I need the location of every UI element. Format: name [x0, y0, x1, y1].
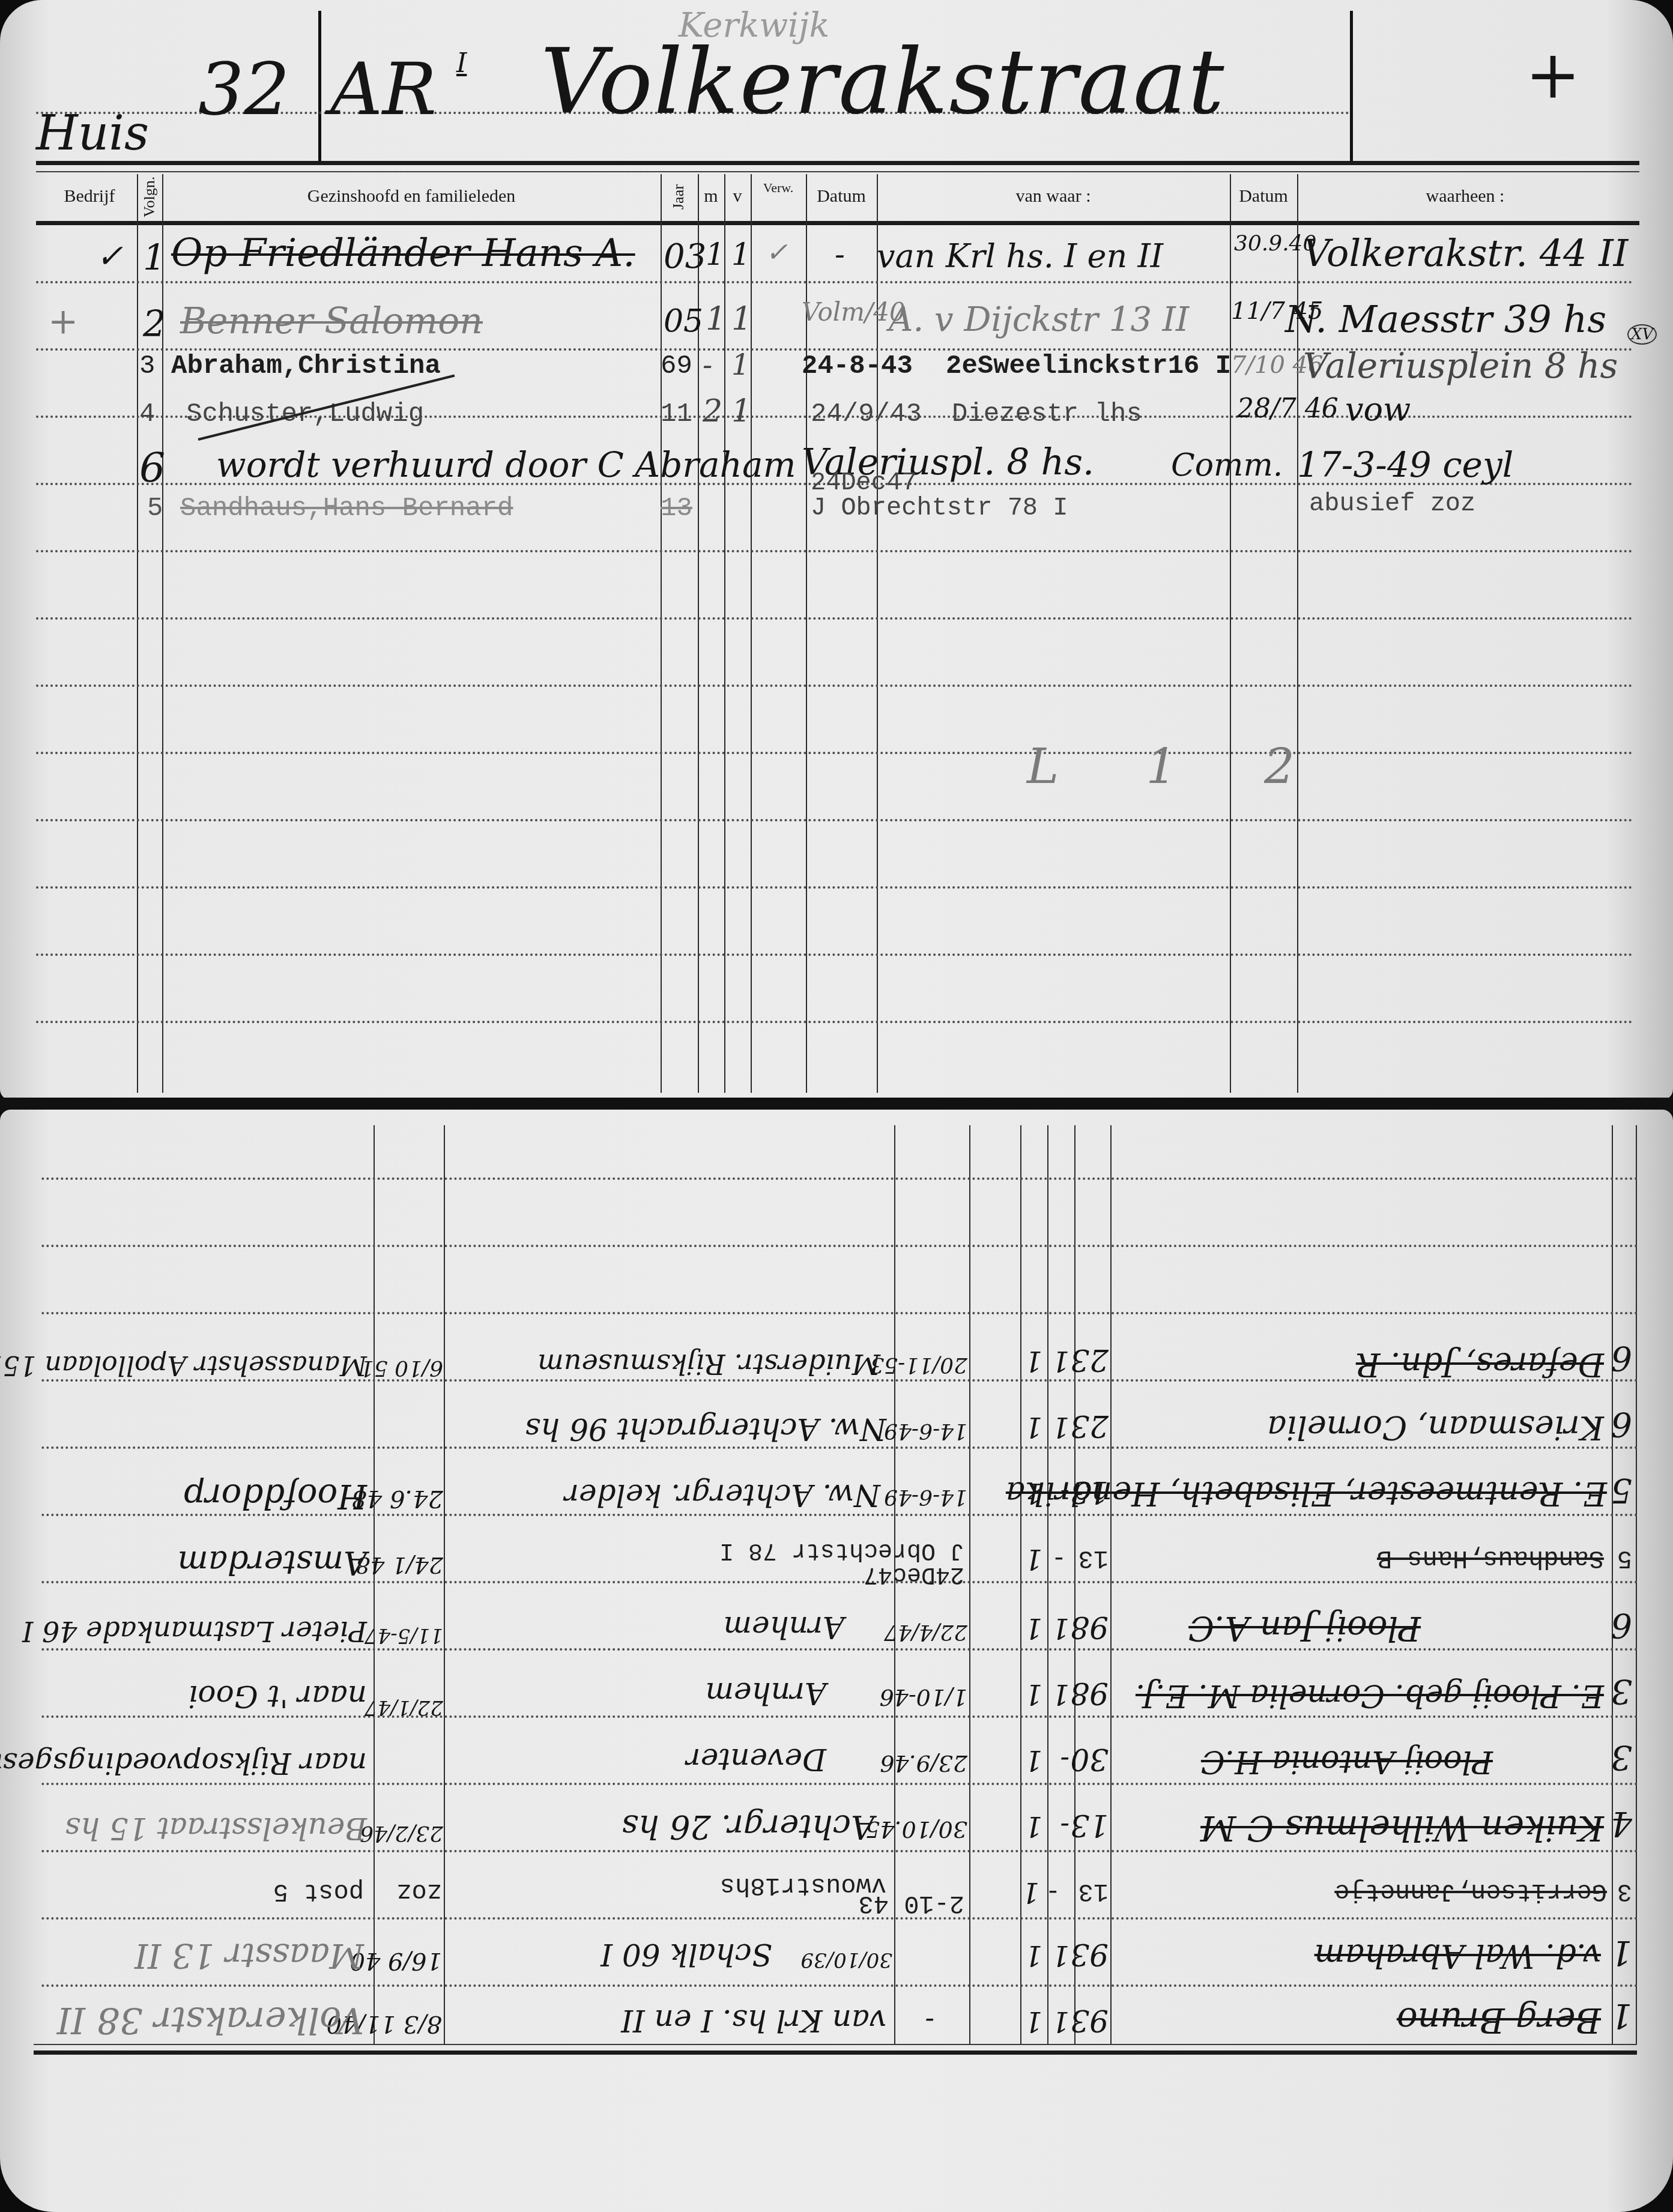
v-count: 1: [1025, 1678, 1042, 1711]
m-count: -: [1060, 1810, 1069, 1843]
date-out: 24/1 48: [355, 1552, 443, 1579]
v-count: 1: [1025, 1345, 1042, 1377]
header-divider-left: [318, 11, 321, 161]
m-count: -: [1051, 1544, 1066, 1573]
birth-year: 93: [1070, 2003, 1109, 2038]
date-out: 6/10 51: [360, 1356, 443, 1380]
to-address: Volkerakstr. 44 II: [1303, 231, 1628, 275]
row-line: [40, 1648, 1637, 1651]
row-line: [36, 752, 1633, 754]
v-count: 1: [1025, 1612, 1042, 1645]
from-address: J Obrechtstr 78 I: [811, 494, 1068, 522]
to-address: N. Maesstr 39 hs: [1285, 297, 1606, 341]
person-name: Kuiken Wilhelmus C M: [1200, 1808, 1604, 1849]
birth-year: 13: [1070, 1475, 1109, 1509]
v-count: 1: [1025, 2005, 1042, 2038]
col-header-bedrijf: Bedrijf: [42, 186, 137, 207]
street-prefix-sup: I: [456, 48, 467, 79]
birth-year: 13: [1079, 1544, 1109, 1573]
volgn: 6: [139, 444, 165, 492]
v-count: 1: [731, 237, 751, 272]
date-in: 24/9/43: [811, 399, 922, 429]
header-rule: [34, 2050, 1637, 2055]
col-line: [1612, 1125, 1613, 2044]
date-in: 30/10/39: [800, 1948, 892, 1972]
row-line: [40, 1177, 1637, 1180]
person-name: v.d. Wal Abraham: [1314, 1937, 1601, 1975]
to-address: vow: [1345, 390, 1411, 428]
date-out: 11/5-47: [365, 1624, 443, 1648]
col-line: [969, 1125, 970, 2044]
person-name: Kriesmaan, Cornelia: [1267, 1409, 1604, 1446]
from-address: van Krl hs. I en II: [877, 237, 1163, 275]
row-line: [36, 684, 1633, 687]
v-count: 1: [731, 348, 750, 382]
person-name: Op Friedländer Hans A.: [171, 231, 635, 276]
m-count: -: [1060, 1744, 1069, 1777]
volgn: 6: [1611, 1338, 1632, 1377]
v-count: 1: [1025, 1939, 1042, 1972]
row-line: [40, 1245, 1637, 1247]
row-line: [40, 1783, 1637, 1785]
volgn: 1: [1611, 1933, 1632, 1972]
volgn: 3: [139, 351, 155, 381]
row-line: [36, 550, 1633, 552]
row-line: [36, 281, 1633, 283]
col-header-v: v: [724, 186, 751, 207]
birth-year: 13: [1079, 1877, 1109, 1906]
bedrijf-mark: ✓: [96, 237, 123, 275]
date-in: 14-6-49: [884, 1419, 967, 1443]
row-line: [40, 1446, 1637, 1449]
to-address: Amsterdam: [178, 1544, 367, 1582]
verw-mark: ✓: [766, 237, 788, 268]
row-line: [36, 953, 1633, 956]
date-in: 22/4/47: [884, 1620, 967, 1645]
to-address: abusief zoz: [1309, 489, 1475, 518]
corner-cross-mark: +: [1525, 36, 1581, 113]
m-count: -: [703, 348, 712, 382]
row-line: [36, 819, 1633, 821]
to-address: naar Rijksopvoedingsgest.: [0, 1746, 367, 1780]
date-in: 24Dec47: [864, 1561, 964, 1588]
header-rule-top-thin: [36, 171, 1639, 172]
m-count: 1: [1052, 2005, 1069, 2038]
m-count: 1: [1052, 1678, 1069, 1711]
col-header-van-waar: van waar :: [877, 186, 1230, 207]
col-line: [1020, 1125, 1021, 2044]
volgn: 5: [1617, 1544, 1632, 1573]
person-name: Abraham,Christina: [171, 351, 441, 381]
col-header-volgn: Volgn.: [141, 175, 159, 219]
birth-year: 93: [1070, 1937, 1109, 1972]
register-card-back: 1 Berg Bruno 93 1 1 - van Krl hs. I en I…: [0, 1110, 1673, 2212]
person-name: Plooij Jan A.C: [1188, 1609, 1421, 1648]
upside-down-content: 1 Berg Bruno 93 1 1 - van Krl hs. I en I…: [0, 1110, 1673, 2212]
row-line: [36, 886, 1633, 889]
v-count: 1: [731, 393, 751, 429]
birth-year: 13: [1070, 1808, 1109, 1843]
from-address: Nw. Achtergracht 96 hs: [525, 1412, 886, 1446]
date-out: 28/7 46: [1237, 393, 1339, 424]
person-name: Benner Salomon: [180, 300, 483, 342]
from-address: A. v Dijckstr 13 II: [889, 300, 1189, 339]
to-address: Valeriusplein 8 hs: [1303, 345, 1618, 386]
date-in: -: [925, 2005, 934, 2038]
date-out: 22/1/47: [365, 1696, 443, 1720]
col-line: [1636, 1125, 1637, 2044]
header-rule-bottom: [36, 221, 1639, 225]
house-number: 32: [198, 48, 290, 131]
volgn: 4: [1611, 1804, 1632, 1843]
volgn: 1: [143, 237, 166, 279]
from-address: Arnhem: [724, 1610, 844, 1645]
to-address: Pieter Lastmankade 46 I: [22, 1615, 367, 1648]
from-address: Deventer: [686, 1742, 826, 1777]
v-count: 1: [1025, 1477, 1042, 1509]
to-address: Maasstr 13 II: [135, 1936, 364, 1975]
remark: wordt verhuurd door C Abraham: [216, 444, 796, 485]
birth-year: 23: [1070, 1343, 1109, 1377]
m-count: 1: [706, 237, 725, 272]
birth-year: 13: [661, 494, 692, 524]
circled-note: XV: [1627, 324, 1657, 345]
to-address: 17-3-49 ceyl: [1297, 444, 1513, 485]
col-header-datum-in: Datum: [806, 186, 877, 207]
date-in: 14-6-49: [884, 1485, 967, 1509]
person-name: Berg Bruno: [1397, 2000, 1601, 2041]
pencil-note: Kerkwijk: [679, 6, 829, 45]
birth-year: 23: [1070, 1409, 1109, 1443]
m-count: 1: [1052, 1939, 1069, 1972]
volgn: 2: [143, 303, 166, 345]
to-address: post 5: [273, 1877, 364, 1906]
person-name: Sandhaus,Hans Bernard: [180, 494, 513, 524]
register-card-front: Huis 32 AR I Volkerakstraat Kerkwijk + B…: [0, 0, 1673, 1100]
person-name: Schuster,Ludwig: [186, 399, 424, 429]
v-count: 1: [1025, 1810, 1042, 1843]
from-address: Arnhem: [706, 1676, 826, 1711]
v-count: 1: [1025, 1411, 1042, 1443]
header-rule-top: [36, 161, 1639, 165]
volgn: 3: [1611, 1738, 1632, 1777]
col-line: [444, 1125, 445, 2044]
birth-year: 03: [664, 237, 706, 276]
date-in: 24-8-43: [802, 351, 913, 381]
volgn: 5: [147, 494, 163, 524]
to-address: Beukelsstraat 15 hs: [65, 1811, 367, 1846]
date-in: 23/9.46: [880, 1750, 967, 1777]
col-header-verw: Verw.: [751, 180, 806, 196]
col-header-waarheen: waarheen :: [1297, 186, 1633, 207]
street-name: Volkerakstraat: [540, 30, 1226, 134]
m-count: 1: [1052, 1612, 1069, 1645]
col-header-datum-out: Datum: [1230, 186, 1297, 207]
from-address: Nw. Achtergr. kelder: [564, 1478, 880, 1512]
date-out: zoz: [396, 1877, 442, 1906]
person-name: Plooij Antonia H.C: [1201, 1744, 1493, 1780]
from-address: 2eSweelinckstr16 I: [946, 351, 1231, 381]
v-count: 1: [1022, 1876, 1039, 1909]
col-header-m: m: [698, 186, 724, 207]
date-in: 30/10.45: [865, 1816, 967, 1843]
v-count: 1: [1025, 1744, 1042, 1777]
header-divider-right: [1350, 11, 1353, 161]
to-address: naar 't Gooi: [189, 1679, 368, 1714]
huis-label: Huis: [36, 105, 149, 161]
row-line: [40, 1312, 1637, 1314]
commissioned-note: Comm.: [1171, 447, 1283, 483]
v-count: 1: [1025, 1543, 1042, 1576]
to-address: Manassehstr Apollolaan 151: [0, 1350, 367, 1380]
person-name: Gerritsen,Jannetje: [1334, 1877, 1607, 1906]
person-name: Sandhaus,Hans B: [1377, 1544, 1604, 1573]
date-in: 24Dec47: [811, 468, 916, 497]
col-line: [374, 1125, 375, 2044]
birth-year: 30: [1070, 1742, 1109, 1777]
from-address: J Obrechtstr 78 I: [719, 1537, 964, 1564]
m-count: 2: [703, 393, 722, 429]
birth-year: 05: [664, 303, 703, 339]
row-line: [40, 1917, 1637, 1920]
v-count: 1: [731, 300, 752, 338]
volgn: 5: [1611, 1470, 1632, 1509]
from-address: Schalk 60 I: [601, 1937, 772, 1972]
volgn: 6: [1611, 1606, 1632, 1645]
row-line: [36, 1021, 1633, 1023]
volgn: 3: [1617, 1877, 1632, 1906]
date-in: 1/10-46: [879, 1684, 967, 1711]
person-name: E. Plooij geb. Cornelia M. E.J.: [1136, 1678, 1604, 1714]
volgn: 3: [1611, 1672, 1632, 1711]
row-line: [40, 1715, 1637, 1718]
m-count: 1: [706, 300, 726, 338]
volgn: 1: [1611, 1996, 1632, 2035]
date-in: -: [835, 237, 845, 272]
row-line: [40, 1984, 1637, 1987]
from-address: vwoustr18hs: [720, 1871, 886, 1900]
to-address: Hoofddorp: [184, 1476, 367, 1515]
from-address: Achtergr. 26 hs: [622, 1808, 874, 1846]
from-address: Muiderstr. Rijksmuseum: [537, 1348, 880, 1380]
birth-year: 98: [1070, 1610, 1109, 1645]
col-header-gezinshoofd: Gezinshoofd en familieleden: [162, 186, 661, 207]
volgn: 6: [1611, 1404, 1632, 1443]
m-count: -: [1045, 1877, 1060, 1906]
birth-year: 98: [1070, 1676, 1109, 1711]
col-line: [1047, 1125, 1048, 2044]
person-name: Defares, Jdn. R: [1356, 1346, 1604, 1383]
m-count: 1: [1052, 1345, 1069, 1377]
m-count: -: [1060, 1477, 1069, 1509]
to-address: Volkerakstr 38 II: [57, 1999, 364, 2041]
birth-year: 69: [661, 351, 692, 381]
birth-year: 11: [661, 399, 692, 429]
col-line: [1110, 1125, 1112, 2044]
row-line: [36, 617, 1633, 620]
row-line: [40, 1850, 1637, 1852]
bedrijf-mark: +: [48, 300, 78, 342]
date-out: 23/2/46: [360, 1821, 443, 1846]
m-count: 1: [1052, 1411, 1069, 1443]
date-in: 20/11-53: [870, 1353, 967, 1377]
col-line: [1074, 1125, 1075, 2044]
footnote-marks: L 1 2: [1027, 739, 1331, 794]
from-address: van Krl hs. I en II: [621, 2003, 886, 2038]
street-prefix: AR: [330, 48, 437, 131]
volgn: 4: [139, 399, 155, 429]
col-header-jaar: Jaar: [670, 175, 688, 219]
header-rule-thin: [34, 2044, 1637, 2045]
from-address: Diezestr lhs: [952, 399, 1142, 429]
